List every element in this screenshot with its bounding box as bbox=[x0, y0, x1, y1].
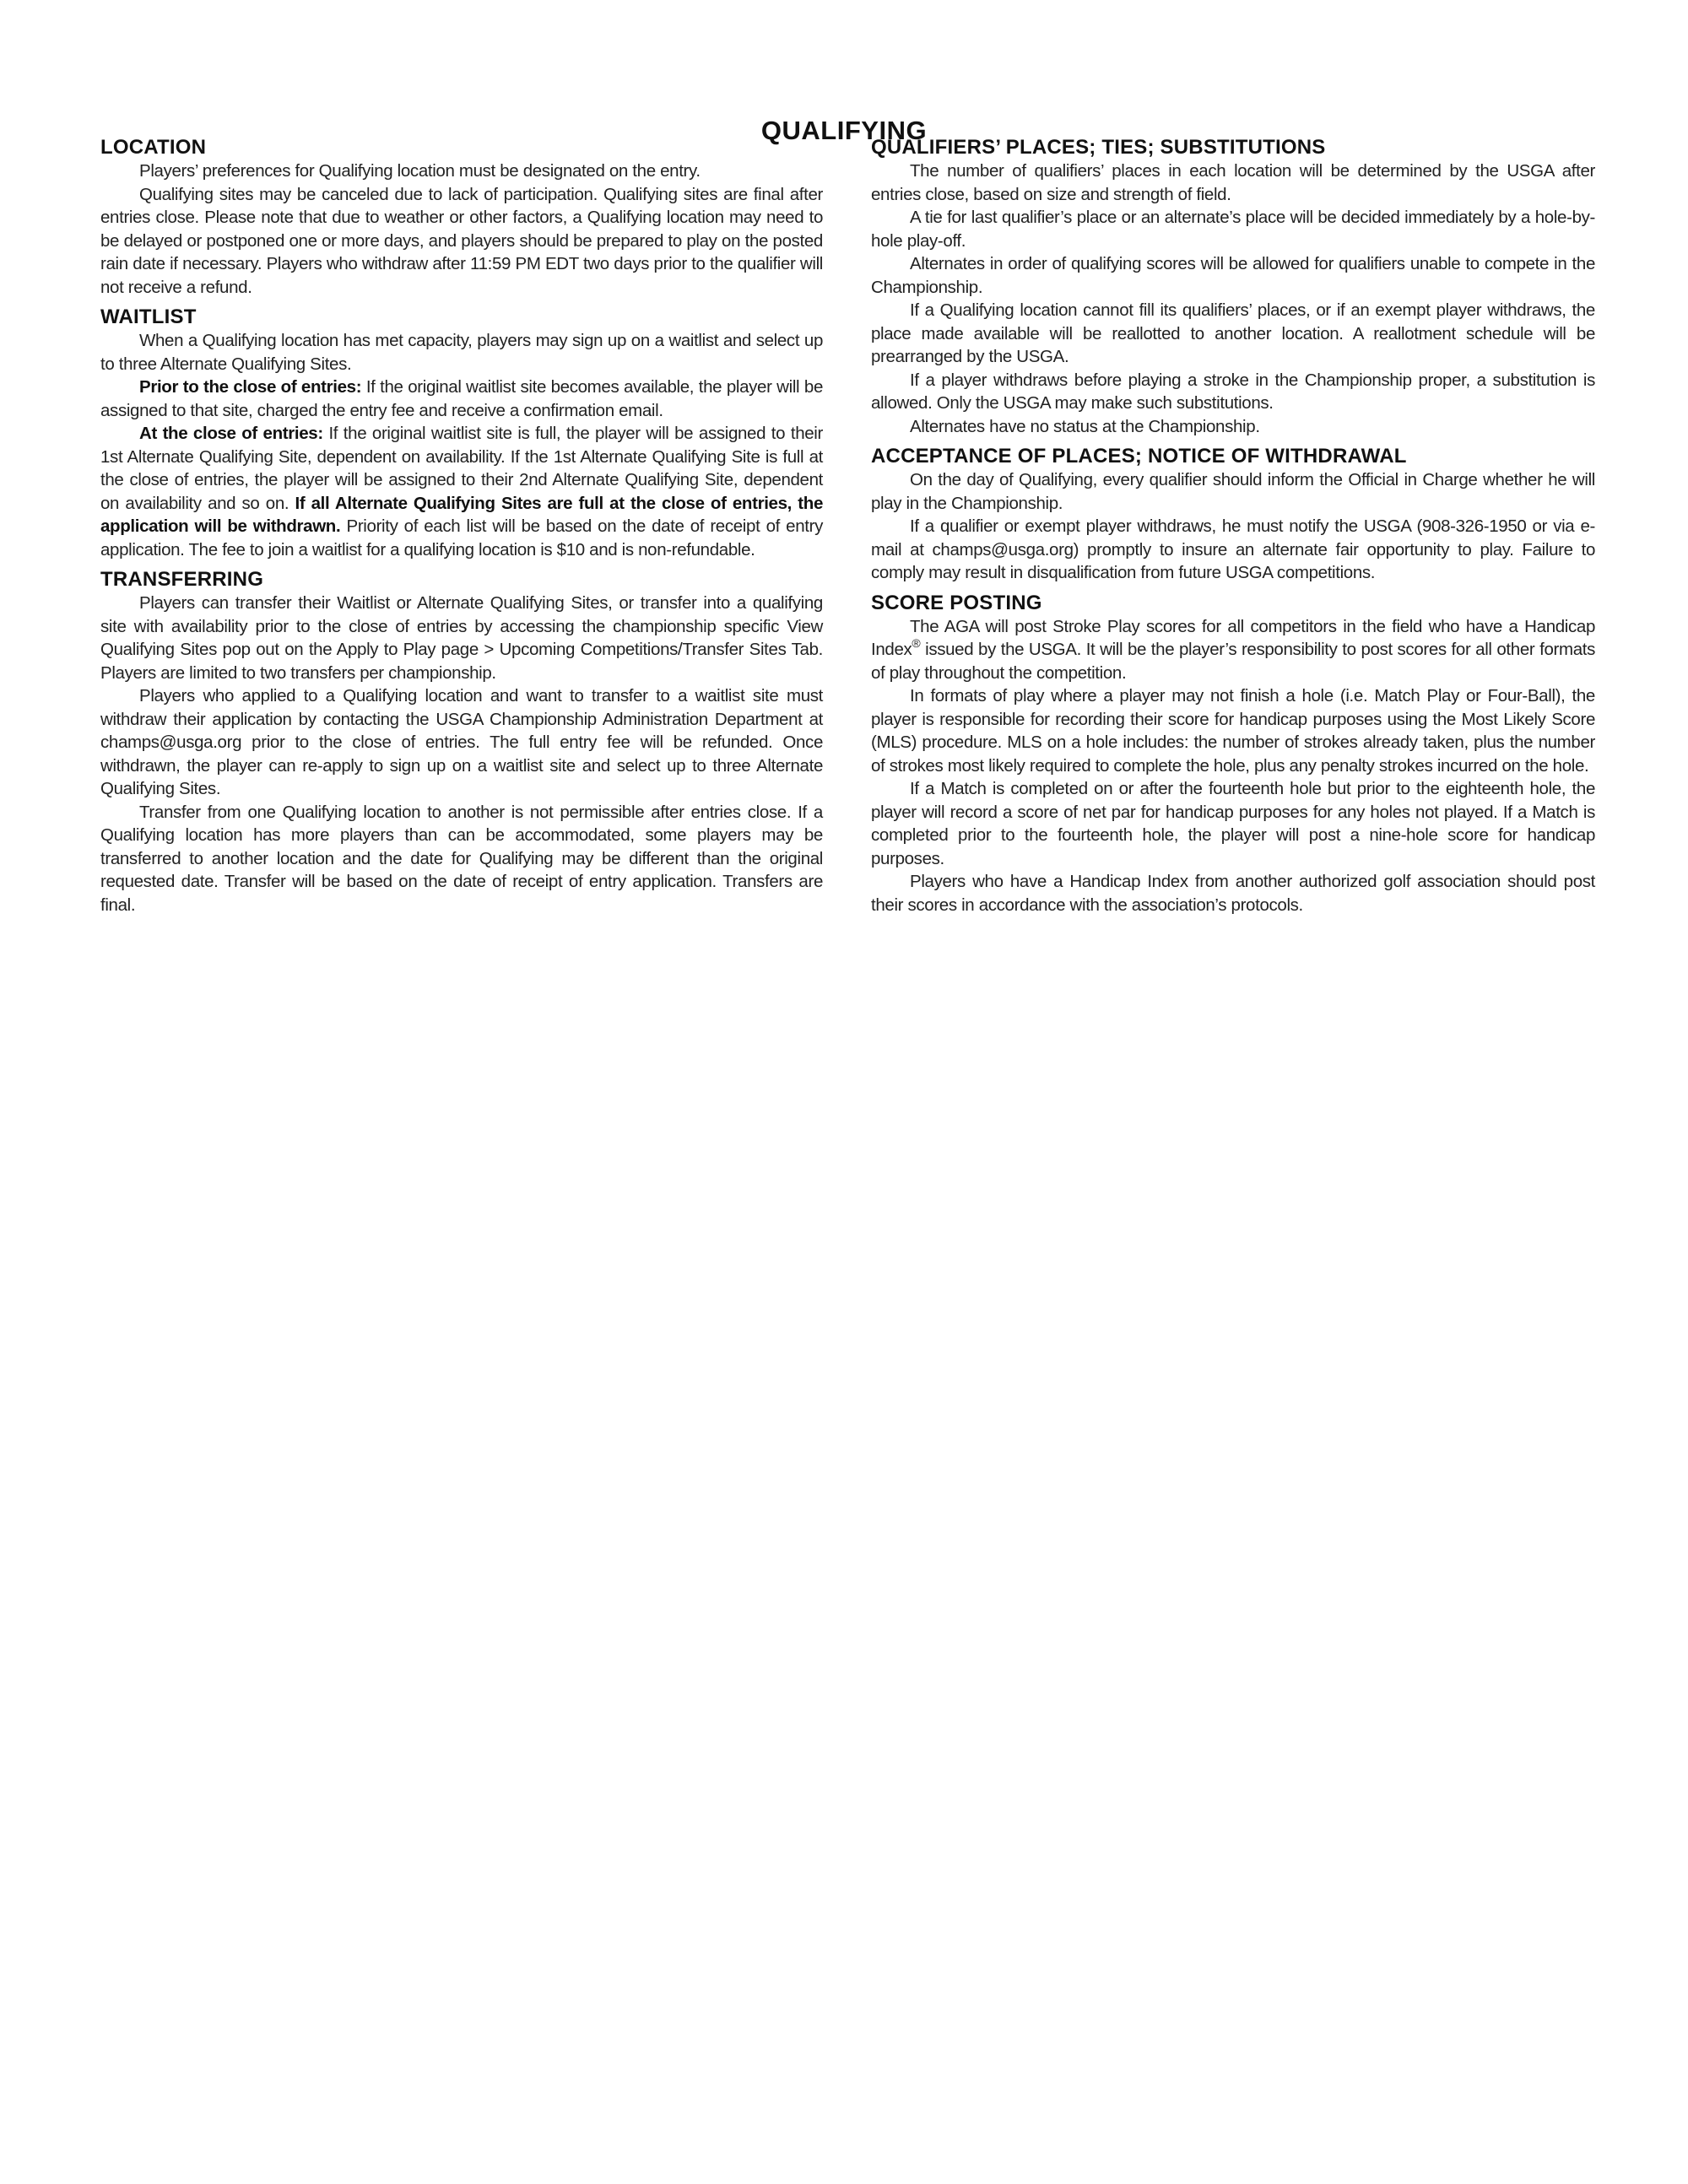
score-posting-text-b: issued by the USGA. It will be the playe… bbox=[871, 640, 1595, 683]
section-qualifiers-places: QUALIFIERS’ PLACES; TIES; SUBSTITUTIONS … bbox=[871, 136, 1595, 438]
waitlist-close-label: At the close of entries: bbox=[139, 424, 323, 443]
section-score-posting: SCORE POSTING The AGA will post Stroke P… bbox=[871, 592, 1595, 917]
qualifiers-paragraph-2: A tie for last qualifier’s place or an a… bbox=[871, 206, 1595, 252]
transferring-paragraph-2: Players who applied to a Qualifying loca… bbox=[100, 684, 823, 801]
location-paragraph-1: Players’ preferences for Qualifying loca… bbox=[100, 159, 823, 183]
section-heading-acceptance: ACCEPTANCE OF PLACES; NOTICE OF WITHDRAW… bbox=[871, 445, 1595, 468]
qualifiers-paragraph-5: If a player withdraws before playing a s… bbox=[871, 369, 1595, 415]
score-posting-paragraph-4: Players who have a Handicap Index from a… bbox=[871, 870, 1595, 916]
waitlist-paragraph-3: At the close of entries: If the original… bbox=[100, 422, 823, 561]
acceptance-paragraph-2: If a qualifier or exempt player withdraw… bbox=[871, 515, 1595, 585]
waitlist-paragraph-1: When a Qualifying location has met capac… bbox=[100, 329, 823, 376]
score-posting-paragraph-1: The AGA will post Stroke Play scores for… bbox=[871, 615, 1595, 685]
section-acceptance: ACCEPTANCE OF PLACES; NOTICE OF WITHDRAW… bbox=[871, 445, 1595, 585]
section-waitlist: WAITLIST When a Qualifying location has … bbox=[100, 305, 823, 561]
right-column: QUALIFIERS’ PLACES; TIES; SUBSTITUTIONS … bbox=[871, 136, 1595, 923]
waitlist-paragraph-2: Prior to the close of entries: If the or… bbox=[100, 376, 823, 422]
section-heading-waitlist: WAITLIST bbox=[100, 305, 823, 329]
section-heading-location: LOCATION bbox=[100, 136, 823, 159]
section-location: LOCATION Players’ preferences for Qualif… bbox=[100, 136, 823, 299]
score-posting-paragraph-3: If a Match is completed on or after the … bbox=[871, 777, 1595, 870]
qualifiers-paragraph-1: The number of qualifiers’ places in each… bbox=[871, 159, 1595, 206]
section-transferring: TRANSFERRING Players can transfer their … bbox=[100, 568, 823, 916]
acceptance-paragraph-1: On the day of Qualifying, every qualifie… bbox=[871, 468, 1595, 515]
qualifiers-paragraph-3: Alternates in order of qualifying scores… bbox=[871, 252, 1595, 299]
section-heading-transferring: TRANSFERRING bbox=[100, 568, 823, 592]
transferring-paragraph-1: Players can transfer their Waitlist or A… bbox=[100, 592, 823, 684]
section-heading-score-posting: SCORE POSTING bbox=[871, 592, 1595, 615]
qualifiers-paragraph-6: Alternates have no status at the Champio… bbox=[871, 415, 1595, 439]
score-posting-paragraph-2: In formats of play where a player may no… bbox=[871, 684, 1595, 777]
left-column: LOCATION Players’ preferences for Qualif… bbox=[100, 136, 823, 923]
qualifiers-paragraph-4: If a Qualifying location cannot fill its… bbox=[871, 299, 1595, 369]
section-heading-qualifiers-places: QUALIFIERS’ PLACES; TIES; SUBSTITUTIONS bbox=[871, 136, 1595, 159]
transferring-paragraph-3: Transfer from one Qualifying location to… bbox=[100, 801, 823, 917]
waitlist-prior-label: Prior to the close of entries: bbox=[139, 377, 361, 397]
registered-mark: ® bbox=[912, 636, 920, 650]
location-paragraph-2: Qualifying sites may be canceled due to … bbox=[100, 183, 823, 300]
